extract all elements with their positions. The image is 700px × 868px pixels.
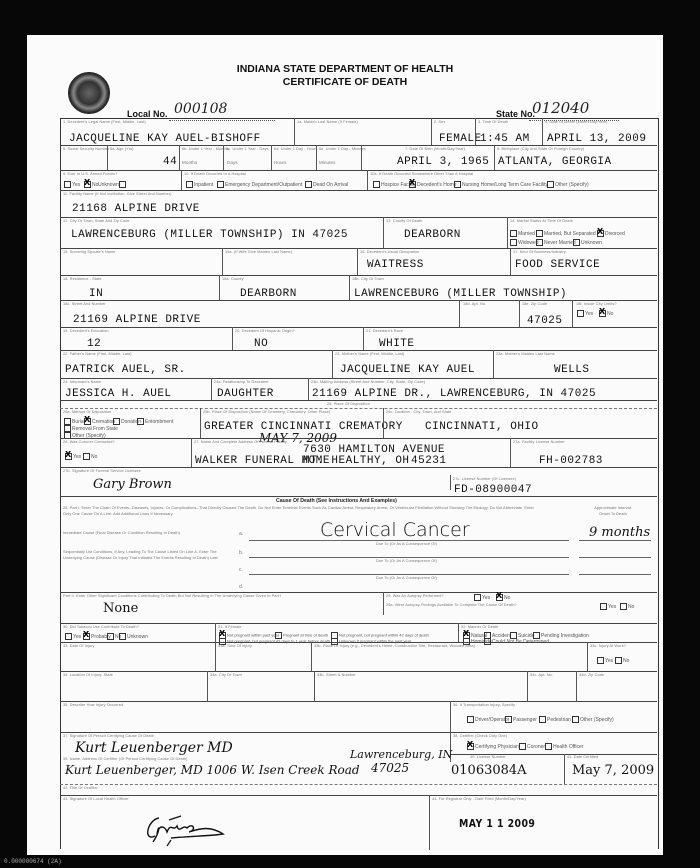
birthplace: ATLANTA, GEORGIA: [498, 156, 612, 168]
minutes-unit: Minutes: [319, 160, 335, 165]
marital-widowed[interactable]: Widowed: [510, 239, 539, 246]
relationship-label: 24a. Relationship To Decedent: [214, 380, 269, 384]
autopsy-findings-label: 29a. Were Autopsy Findings Available To …: [386, 603, 517, 607]
method-entombment[interactable]: Entombment: [137, 418, 173, 425]
disposition-location-label: 25c. Location - City, Town, And State: [386, 410, 451, 414]
residence-street-label: 18c. Street And Number: [63, 302, 106, 306]
part-two-label: Part II. Enter Other Significant Conditi…: [63, 594, 281, 598]
place-nursing-home[interactable]: Nursing Home/Long Term Care Facility: [454, 181, 548, 188]
certifier-license: 01063084A: [451, 763, 527, 778]
disposition-place-label: 25b. Place Of Disposition (Name Of Cemet…: [203, 410, 330, 414]
inside-city-no[interactable]: No: [599, 310, 613, 317]
line-b-marker: b.: [239, 550, 243, 556]
method-removal[interactable]: Removal From State: [64, 425, 118, 432]
mother-maiden: WELLS: [554, 364, 590, 376]
certifier-license-label: 40. License Number: [470, 755, 506, 759]
armed-forces-yes[interactable]: Yes: [64, 181, 80, 188]
injury-work-label: 33c. Injury At Work?: [590, 644, 626, 648]
injury-describe-label: 35. Describe How Injury Occurred: [63, 703, 123, 707]
injury-state-label: 34. Location Of Injury: State: [63, 673, 113, 677]
autopsy-findings-no[interactable]: No: [620, 603, 634, 610]
autopsy-label: 29. Was An Autopsy Performed?: [386, 594, 444, 598]
date-certified-label: 41. Date Certified: [567, 755, 598, 759]
injury-time-label: 33a. Time Of Injury: [218, 644, 252, 648]
marital-separated[interactable]: Married, But Separated: [536, 230, 596, 237]
mother-maiden-label: 23a. Mother's Maiden Last Name: [496, 352, 555, 356]
education: 12: [87, 338, 101, 350]
method-cremation[interactable]: Cremation: [84, 418, 115, 425]
residence-county: DEARBORN: [240, 288, 297, 300]
industry: FOOD SERVICE: [515, 259, 600, 271]
state-number: 012040: [532, 99, 589, 117]
hispanic-label: 20. Decedent Of Hispanic Origin?: [235, 329, 295, 333]
inside-city-yes[interactable]: Yes: [577, 310, 593, 317]
relationship: DAUGHTER: [217, 388, 274, 400]
method-burial[interactable]: Burial: [64, 418, 85, 425]
informant-address: 21169 ALPINE DR., LAWRENCEBURG, IN 47025: [312, 388, 596, 400]
under-one-hours-label: 6d. Under 1 Day - Hours: [274, 147, 317, 151]
place-other[interactable]: Other (Specify): [547, 181, 589, 188]
coroner-no[interactable]: No: [83, 453, 97, 460]
place-decedents-home[interactable]: Decedent's Home: [409, 181, 457, 188]
director-signature-label: 27b. Signature Of Funeral Service Licens…: [63, 469, 141, 473]
funeral-home-zip: 45231: [411, 455, 447, 467]
residence-county-label: 18a. County: [222, 277, 244, 281]
sequential-label: Sequentially List Conditions, If Any, Le…: [63, 549, 223, 561]
disposition-section-label: 25. Place Of Disposition: [327, 402, 370, 406]
injury-zip-label: 34d. Zip Code: [579, 673, 604, 677]
under-one-months-label: 6b. Under 1 Year - Months: [182, 147, 229, 151]
hospital-emergency[interactable]: Emergency Department/Outpatient: [217, 181, 302, 188]
immediate-cause-label: Immediate Cause (Final Disease Or Condit…: [63, 530, 223, 536]
due-to-label-a: Due To (Or As A Consequence Of): [376, 542, 437, 546]
county-label: 13. County Of Death: [386, 219, 423, 223]
part-two-value: None: [103, 601, 138, 616]
age-value: 44: [163, 156, 177, 168]
date-of-death-label: 4. Date Of Death (Month/Day/Year): [545, 120, 607, 124]
time-of-death: 1:45 AM: [480, 133, 530, 145]
father-label: 22. Father's Name (First, Middle, Last): [63, 352, 132, 356]
time-of-death-label: 3. Time Of Death: [478, 120, 508, 124]
spouse-maiden-label: 15a. (If Wife Give Maiden Last Name): [225, 250, 292, 254]
certifier-physician[interactable]: Certifying Physician: [467, 743, 519, 750]
certifier-signature: Kurt Leuenberger MD: [75, 740, 233, 756]
interval-line-a: 9 months: [589, 525, 650, 540]
informant-address-label: 24b. Mailing Address (Street And Number,…: [311, 380, 425, 384]
months-unit: Months: [182, 160, 197, 165]
age-label: 6a. Age (Yrs): [110, 147, 133, 151]
facility-address: 21168 ALPINE DRIVE: [72, 203, 200, 215]
death-county: DEARBORN: [404, 229, 461, 241]
residence-state-label: 18. Residence - State: [63, 277, 102, 281]
funeral-facility-label: 27. Name And Complete Address Of Funeral…: [194, 440, 287, 444]
residence-city: LAWRENCEBURG (MILLER TOWNSHIP): [354, 288, 567, 300]
armed-forces-label: 9. Ever In U.S. Armed Forces?: [63, 172, 117, 176]
residence-city-label: 18b. City Or Town: [352, 277, 384, 281]
residence-zip: 47025: [527, 315, 563, 327]
marital-unknown[interactable]: Unknown: [573, 239, 602, 246]
tobacco-yes[interactable]: Yes: [65, 633, 81, 640]
hospital-label: 10. If Death Occurred In A Hospital: [184, 172, 246, 176]
hospital-doa[interactable]: Dead On Arrival: [305, 181, 348, 188]
certifier-signature-label: 37. Signature Of Person Certifying Cause…: [63, 734, 154, 738]
certifier-name-address-label: 39. Name, Address Of Certifier (Of Perso…: [63, 757, 188, 761]
occupation: WAITRESS: [367, 259, 424, 271]
certifier-name-address: Kurt Leuenberger, MD 1006 W. Isen Creek …: [65, 763, 360, 777]
education-label: 19. Decedent's Education: [63, 329, 109, 333]
sex-label: 2. Sex: [434, 120, 445, 124]
spouse-label: 15. Surviving Spouse's Name: [63, 250, 115, 254]
tobacco-unknown[interactable]: Unknown: [119, 633, 148, 640]
date-certified: May 7, 2009: [572, 763, 654, 778]
line-d-marker: d.: [239, 584, 243, 590]
hispanic: NO: [254, 338, 268, 350]
director-license-label: 27c. License Number (Of Licensee): [453, 477, 516, 481]
informant-label: 24. Informant's Name: [63, 380, 101, 384]
tobacco-label: 30. Did Tobacco Use Contribute To Death?: [63, 625, 139, 629]
certifier-coroner[interactable]: Coroner: [519, 743, 545, 750]
line-a-marker: a.: [239, 531, 243, 537]
inside-city-label: 18f. Inside City Limits?: [576, 302, 617, 306]
date-filed-stamp: MAY 1 1 2009: [459, 817, 535, 830]
maiden-name-label: 1a. Maiden Last Name (If Female): [297, 120, 358, 124]
birthplace-label: 8. Birthplace (City And State Or Foreign…: [497, 147, 584, 151]
city-label: 12. City Or Town, State And Zip Code: [63, 219, 130, 223]
cause-instructions: 28. Part I. Enter The Chain Of Events--D…: [63, 505, 543, 517]
date-filed-label: 44. For Registrar Only - Date Filed (Mon…: [432, 797, 526, 801]
director-license: FD-08900047: [454, 484, 532, 496]
date-of-death: APRIL 13, 2009: [547, 133, 646, 145]
injury-apt-label: 34c. Apt. No.: [530, 673, 553, 677]
disposition-method-label: 25a. Method Of Disposition: [63, 410, 111, 414]
marital-never-married[interactable]: Never Married: [536, 239, 576, 246]
injury-city-label: 34a. City Or Town: [210, 673, 242, 677]
mother-name: JACQUELINE KAY AUEL: [340, 364, 475, 376]
injury-street-label: 34b. Street & Number: [317, 673, 356, 677]
coroner-label: 26. Was Coroner Contacted?: [63, 440, 115, 444]
informant-name: JESSICA H. AUEL: [65, 388, 172, 400]
cause-of-death-title: Cause Of Death (See Instructions And Exa…: [276, 498, 397, 504]
father-name: PATRICK AUEL, SR.: [65, 364, 186, 376]
certifier-zip: 47025: [371, 761, 409, 775]
due-to-label-b: Due To (Or As A Consequence Of): [376, 559, 437, 563]
certifier-type-label: 38. Certifier (Check Only One): [453, 734, 507, 738]
director-signature: Gary Brown: [93, 477, 172, 492]
due-to-label-c: Due To (Or As A Consequence Of): [376, 576, 437, 580]
transport-driver[interactable]: Driver/Operator: [467, 716, 509, 723]
decedent-name: JACQUELINE KAY AUEL-BISHOFF: [69, 133, 261, 145]
under-one-minutes-label: 6e. Under 1 Day - Minutes: [319, 147, 366, 151]
local-number: 000108: [174, 101, 227, 117]
autopsy-yes[interactable]: Yes: [474, 594, 490, 601]
zip-label: 18e. Zip Code: [522, 302, 547, 306]
transport-pedestrian[interactable]: Pedestrian: [539, 716, 571, 723]
funeral-home-city: MT. HEALTHY, OH: [303, 455, 410, 467]
residence-state: IN: [89, 288, 103, 300]
armed-forces-unknown[interactable]: Unknown: [98, 181, 127, 188]
occupation-label: 16. Decedent's Usual Occupation: [360, 250, 419, 254]
interval-label: Approximate Interval: Onset To Death: [593, 505, 633, 517]
residence-street: 21169 ALPINE DRIVE: [73, 314, 201, 326]
injury-work-no[interactable]: No: [615, 657, 629, 664]
death-city: LAWRENCEBURG (MILLER TOWNSHIP) IN 47025: [71, 229, 348, 241]
armed-forces-no[interactable]: No: [84, 181, 98, 188]
agency-title: INDIANA STATE DEPARTMENT OF HEALTH: [27, 63, 663, 75]
transport-label: 36. If Transportation Injury, Specify: [453, 703, 515, 707]
injury-place-label: 33b. Place Of Injury (e.g., Decedent's H…: [314, 644, 475, 648]
coroner-yes[interactable]: Yes: [65, 453, 81, 460]
registrar-signature-icon: [141, 812, 226, 848]
under-one-days-label: 6c. Under 1 Year - Days: [226, 147, 269, 151]
hospital-inpatient[interactable]: Inpatient: [186, 181, 213, 188]
marital-divorced[interactable]: Divorced: [597, 230, 625, 237]
autopsy-no[interactable]: No: [496, 594, 510, 601]
microfilm-code: 0.000000674 (2A): [4, 858, 62, 865]
marital-label: 14. Marital Status At Time Of Death: [510, 219, 573, 223]
certifier-health-officer[interactable]: Health Officer: [545, 743, 583, 750]
transport-other[interactable]: Other (Specify): [572, 716, 614, 723]
facility-label: 11. Facility Name (If Not Institution, G…: [63, 192, 171, 196]
transport-passenger[interactable]: Passenger: [505, 716, 537, 723]
other-place-label: 10a. If Death Occurred Somewhere Other T…: [370, 172, 473, 176]
autopsy-findings-yes[interactable]: Yes: [600, 603, 616, 610]
funeral-license: FH-002783: [539, 455, 603, 467]
dob-label: 7. Date Of Birth (Month/Day/Year): [405, 147, 465, 151]
name-label: 1. Decedent's Legal Name (First, Middle,…: [63, 120, 146, 124]
injury-work-yes[interactable]: Yes: [597, 657, 613, 664]
certificate-page: INDIANA STATE DEPARTMENT OF HEALTH CERTI…: [27, 35, 663, 855]
mother-label: 23. Mother's Name (First, Middle, Last): [335, 352, 404, 356]
industry-label: 17. Kind Of Business/Industry: [513, 250, 566, 254]
apt-label: 18d. Apt. No.: [463, 302, 486, 306]
race-label: 21. Decedent's Race: [366, 329, 403, 333]
funeral-license-label: 27a. Facility License Number: [513, 440, 565, 444]
hours-unit: Hours: [274, 160, 287, 165]
marital-married[interactable]: Married: [510, 230, 535, 237]
days-unit: Days: [227, 160, 238, 165]
cause-line-a: Cervical Cancer: [320, 519, 470, 541]
registrar-signature-label: 43. Signature Of Local Health Officer: [63, 797, 129, 801]
ssn-label: 5. Social Security Number: [63, 147, 109, 151]
document-title: CERTIFICATE OF DEATH: [27, 76, 663, 88]
injury-date-label: 33. Date Of Injury: [63, 644, 95, 648]
line-c-marker: c.: [239, 567, 243, 573]
race: WHITE: [379, 338, 415, 350]
certifier-city: Lawrenceburg, IN: [350, 748, 452, 761]
certifier-title-label: 42. Title Of Certifier: [63, 786, 98, 790]
date-of-birth: APRIL 3, 1965: [397, 156, 489, 168]
disposition-location: CINCINNATI, OHIO: [425, 421, 539, 433]
